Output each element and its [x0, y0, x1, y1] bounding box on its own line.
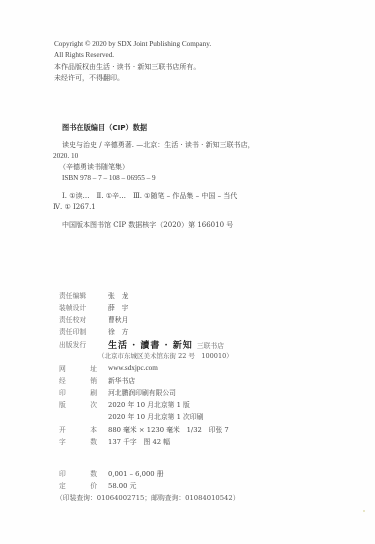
- credit-label: 责任校对: [59, 314, 97, 324]
- detail-row-format: 开本 880 毫米 × 1230 毫米 1/32 印张 7: [59, 423, 229, 435]
- cip-subjects-line-2: Ⅳ. ① I267.1: [53, 203, 96, 212]
- detail-row-print-run: 印数 0,001 – 6,000 册: [59, 467, 164, 479]
- detail-value: 2020 年 10 月北京第 1 次印刷: [108, 411, 203, 421]
- detail-label: 印数: [59, 468, 97, 478]
- cip-entry-line-1: 读史与治史 / 辛德勇著. —北京：生活 · 读书 · 新知三联书店，: [62, 141, 255, 150]
- credit-value: 张 龙: [108, 290, 128, 300]
- detail-label: 网址: [59, 363, 97, 373]
- credit-value: 曹秋月: [108, 314, 128, 324]
- detail-row-price: 定价 58.00 元: [59, 479, 136, 491]
- credit-row-designer: 装帧设计 薛 宇: [59, 301, 128, 313]
- detail-label: 经销: [59, 375, 97, 385]
- detail-row-distributor: 经销 新华书店: [59, 374, 135, 386]
- credit-row-printing-supervisor: 责任印制 徐 方: [59, 325, 128, 337]
- detail-row-website: 网址 www.sdxjpc.com: [59, 362, 158, 374]
- detail-row-printing: 2020 年 10 月北京第 1 次印刷: [59, 410, 203, 422]
- website-link[interactable]: www.sdxjpc.com: [108, 364, 158, 372]
- detail-label: 字数: [59, 436, 97, 446]
- cip-verification-number: 中国版本图书馆 CIP 数据核字（2020）第 166010 号: [62, 221, 233, 230]
- copyright-line: Copyright © 2020 by SDX Joint Publishing…: [54, 40, 211, 49]
- rights-reserved-line: All Rights Reserved.: [54, 51, 114, 60]
- credit-label: 责任编辑: [59, 290, 97, 300]
- copyright-page: Copyright © 2020 by SDX Joint Publishing…: [0, 0, 375, 544]
- copyright-owner-line: 本作品版权由生活 · 读书 · 新知三联书店所有。: [54, 63, 200, 72]
- detail-row-edition: 版次 2020 年 10 月北京第 1 版: [59, 398, 190, 410]
- publisher-brand-logo: 生活 · 讀書 · 新知: [108, 341, 193, 351]
- cip-isbn: ISBN 978 – 7 – 108 – 06955 – 9: [62, 174, 156, 183]
- publisher-brand-wrap: 生活 · 讀書 · 新知三联书店: [108, 338, 224, 351]
- detail-label: 定价: [59, 480, 97, 490]
- credit-row-editor: 责任编辑 张 龙: [59, 289, 128, 301]
- cip-heading: 图书在版编目（CIP）数据: [62, 123, 147, 132]
- credit-label: 装帧设计: [59, 302, 97, 312]
- detail-value: 58.00 元: [108, 480, 136, 490]
- contact-info: （印装查询：01064002715；邮购查询：01084010542）: [56, 494, 240, 503]
- detail-value: 2020 年 10 月北京第 1 版: [108, 399, 190, 409]
- detail-label: 开本: [59, 424, 97, 434]
- credit-value: 徐 方: [108, 326, 128, 336]
- detail-value: 880 毫米 × 1230 毫米 1/32 印张 7: [108, 424, 229, 434]
- detail-label: 印刷: [59, 387, 97, 397]
- detail-value: 河北鹏润印刷有限公司: [108, 387, 176, 397]
- publisher-row: 出版发行 生活 · 讀書 · 新知三联书店: [59, 338, 224, 350]
- detail-value: 新华书店: [108, 375, 135, 385]
- cip-series: （辛德勇读书随笔集）: [59, 163, 129, 172]
- detail-value: 0,001 – 6,000 册: [108, 468, 164, 478]
- cip-entry-line-2: 2020. 10: [53, 152, 78, 161]
- publisher-brand-suffix: 三联书店: [197, 342, 224, 350]
- detail-value: 137 千字 图 42 幅: [108, 436, 170, 446]
- no-reprint-line: 未经许可，不得翻印。: [54, 74, 124, 83]
- credit-value: 薛 宇: [108, 302, 128, 312]
- publisher-address: （北京市东城区美术馆东街 22 号 100010）: [98, 352, 233, 361]
- detail-label: 版次: [59, 399, 97, 409]
- credit-label: 责任印制: [59, 326, 97, 336]
- detail-row-printer: 印刷 河北鹏润印刷有限公司: [59, 386, 176, 398]
- publisher-label: 出版发行: [59, 339, 97, 349]
- detail-row-word-count: 字数 137 千字 图 42 幅: [59, 435, 170, 447]
- cip-subjects-line-1: Ⅰ. ①读… Ⅱ. ①辛… Ⅲ. ①随笔 – 作品集 – 中国 – 当代: [62, 192, 237, 201]
- paper-speck: [363, 510, 365, 512]
- credit-row-proofreader: 责任校对 曹秋月: [59, 313, 128, 325]
